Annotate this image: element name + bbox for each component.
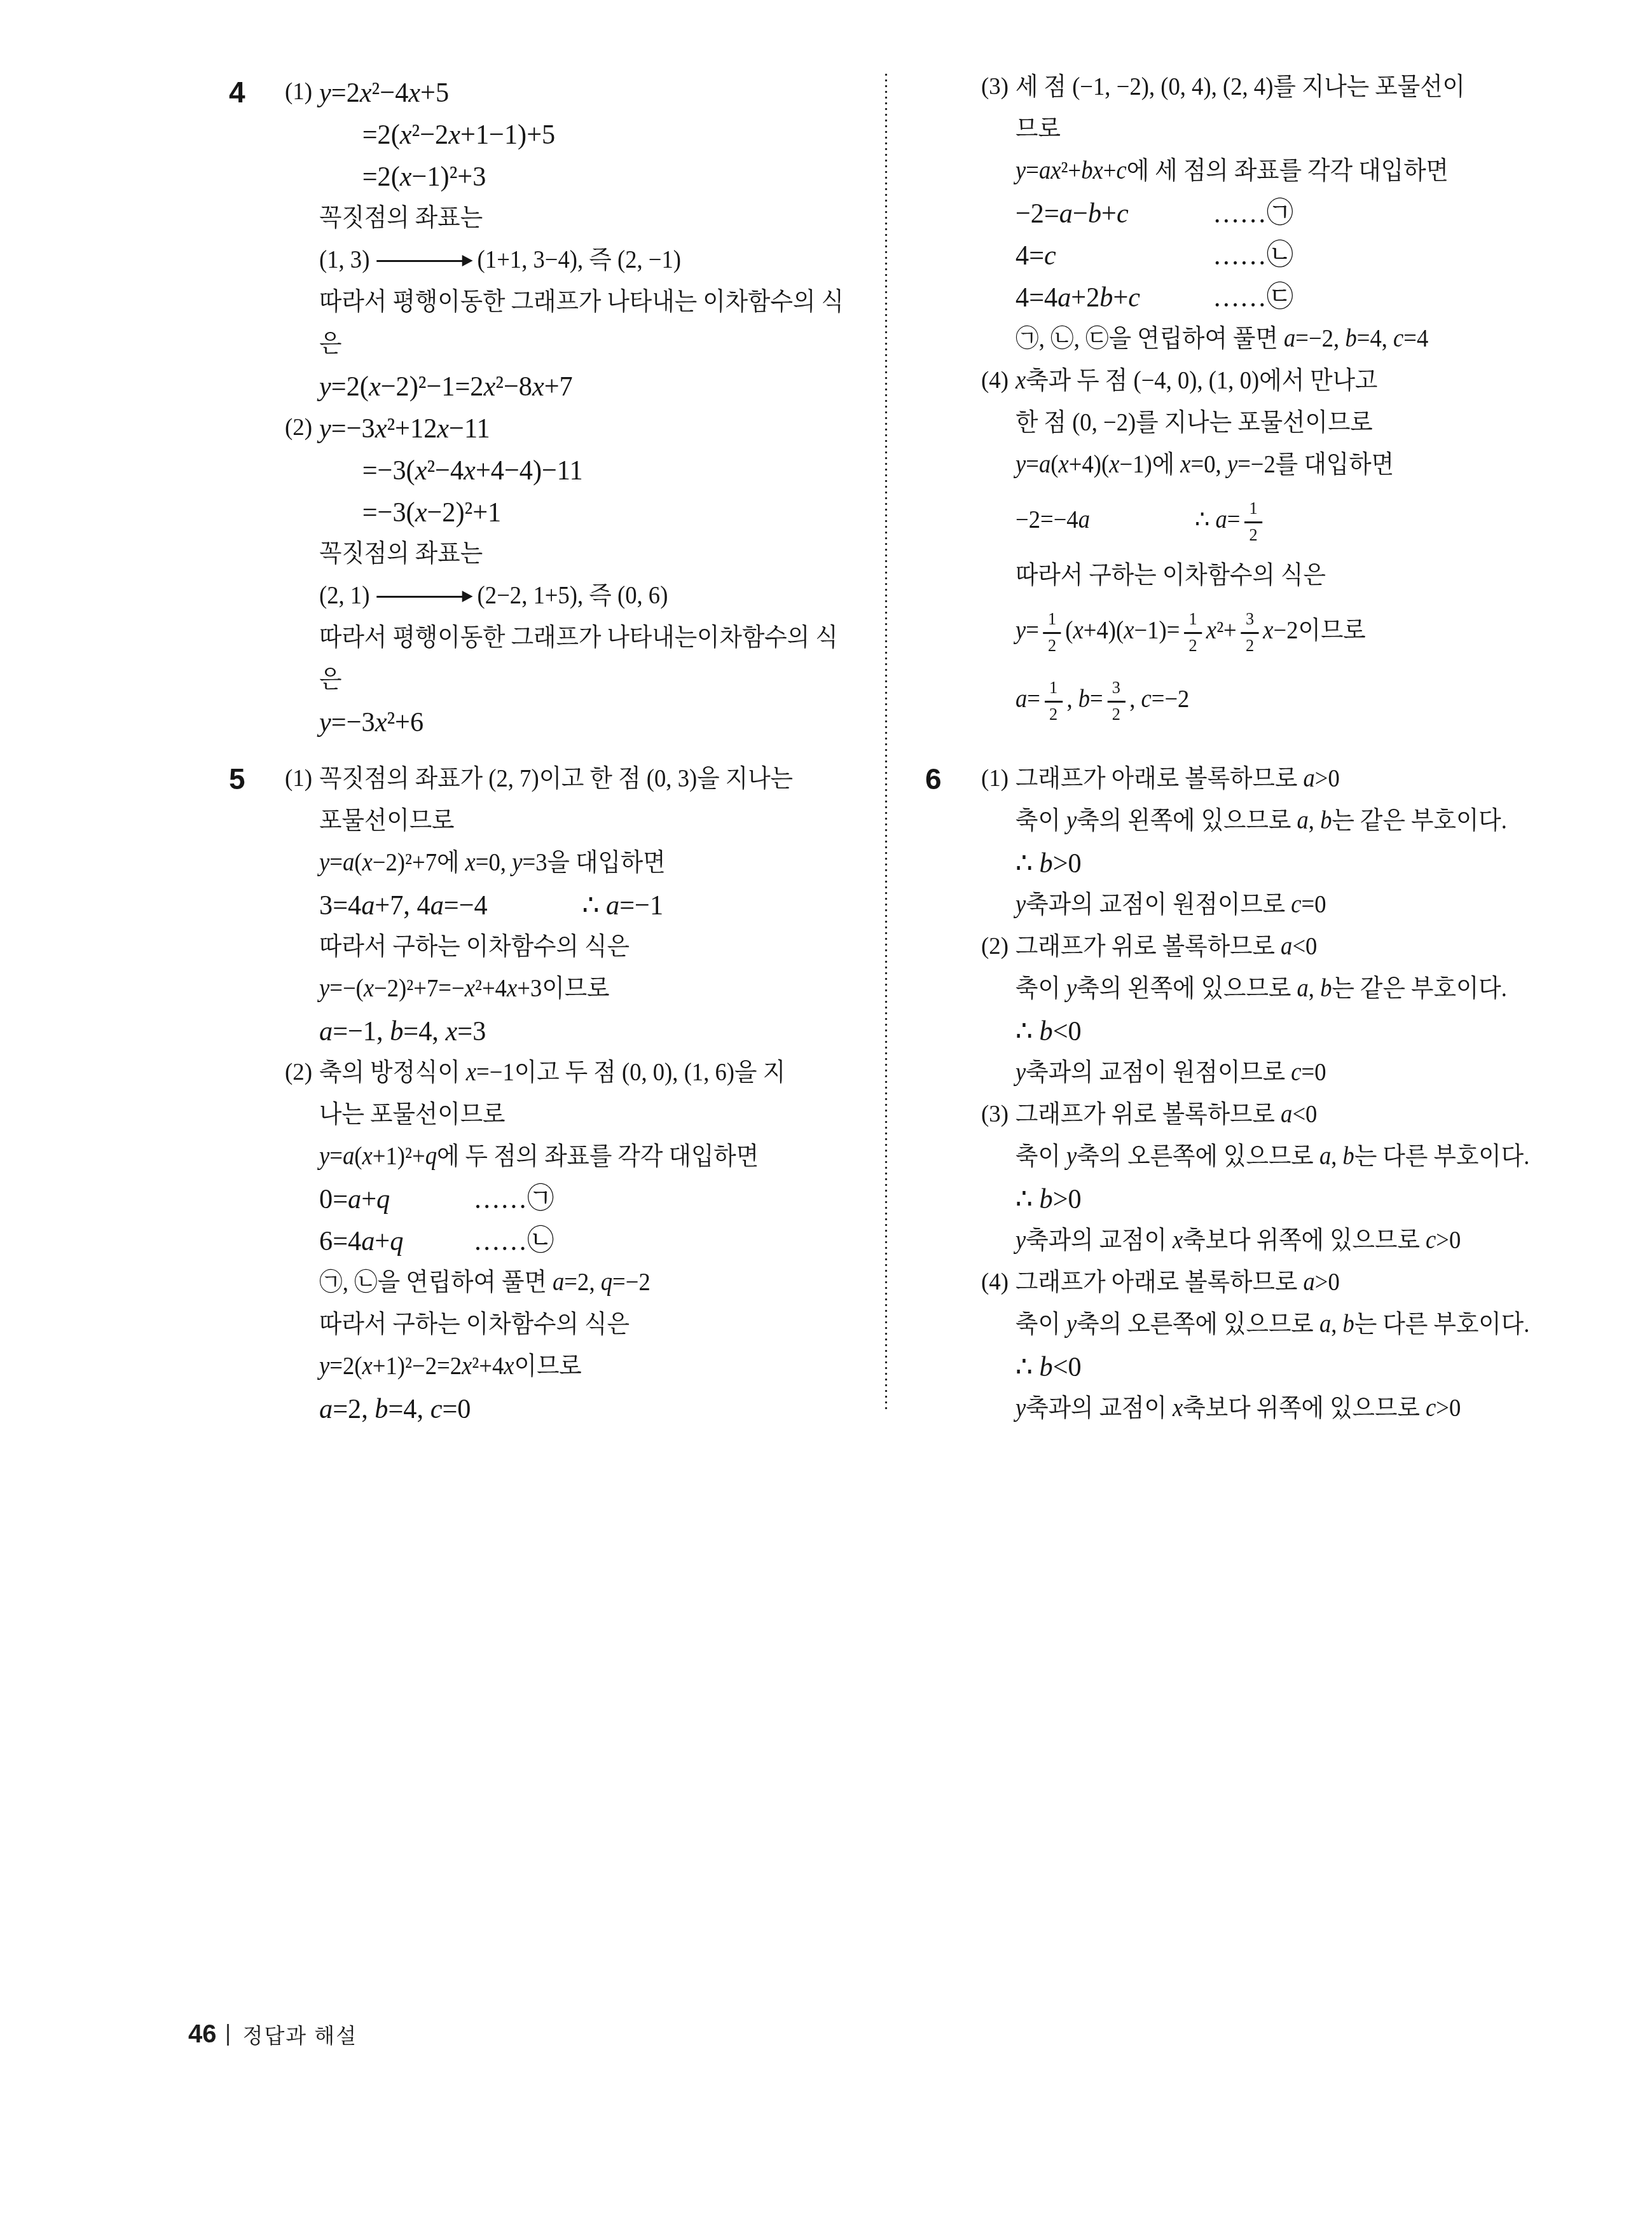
text-run: +1)²−2=2 — [373, 1352, 462, 1380]
math-variable: b — [1078, 685, 1090, 713]
solution-line: y=a(x+1)²+q에 두 점의 좌표를 각각 대입하면 — [319, 1136, 838, 1178]
text-run: 축의 왼쪽에 있으므로 — [1077, 975, 1297, 1002]
math-variable: y — [319, 975, 329, 1002]
solution-line: 꼭짓점의 좌표는 — [319, 197, 838, 239]
solution-line: 꼭짓점의 좌표가 (2, 7)이고 한 점 (0, 3)을 지나는 — [319, 758, 838, 800]
math-variable: a — [430, 889, 444, 921]
solution-line: y=a(x+4)(x−1)에 x=0, y=−2를 대입하면 — [1015, 444, 1606, 486]
text-run: ……㉢ — [1213, 281, 1293, 313]
math-variable: a — [1297, 807, 1309, 834]
text-run: , — [1331, 1143, 1342, 1170]
part-label: (3) — [981, 66, 1008, 108]
text-run: +7, 4 — [375, 889, 430, 921]
text-run: 는 다른 부호이다. — [1354, 1311, 1529, 1338]
text-run: <0 — [1292, 1101, 1317, 1128]
text-run: =0, — [476, 849, 512, 876]
math-variable: x — [462, 1352, 472, 1380]
text-run: 0= — [319, 1183, 348, 1215]
solution-line: 축이 y축의 왼쪽에 있으므로 a, b는 같은 부호이다. — [1015, 968, 1606, 1010]
solution-line: 포물선이므로 — [319, 800, 838, 842]
solution-line: ∴ b<0 — [1015, 1346, 1606, 1387]
long-right-arrow-icon — [377, 260, 464, 262]
solution-line: y=12(x+4)(x−1)=12x²+32x−2이므로 — [1015, 596, 1606, 665]
part-label: (1) — [285, 758, 312, 800]
math-variable: a — [361, 1225, 375, 1256]
text-run: − — [1073, 197, 1088, 229]
text-run: ∴ — [1195, 506, 1216, 533]
text-run: 는 같은 부호이다. — [1332, 975, 1506, 1002]
solution-line: y=2x²−4x+5 — [319, 71, 838, 113]
math-variable: x — [1180, 451, 1190, 478]
text-run: =−1이고 두 점 (0, 0), (1, 6)을 지 — [476, 1059, 785, 1086]
solution-line: y=2(x−2)²−1=2x²−8x+7 — [319, 365, 838, 407]
solution-line: 므로 — [1015, 108, 1606, 150]
math-variable: c — [1117, 197, 1129, 229]
text-run: ∴ — [1015, 847, 1039, 879]
text-run: =2( — [329, 1352, 362, 1380]
text-run: 꼭짓점의 좌표가 (2, 7)이고 한 점 (0, 3)을 지나는 — [319, 765, 793, 792]
math-variable: b — [1039, 1015, 1052, 1047]
fraction: 12 — [1043, 610, 1061, 654]
math-variable: x — [504, 1352, 514, 1380]
math-variable: x — [465, 849, 476, 876]
math-variable: x — [362, 1143, 373, 1170]
solution-line: 은 — [319, 659, 838, 701]
text-run: −2)²+1 — [427, 496, 501, 528]
text-run: 축이 — [1015, 807, 1066, 834]
solution-line: 그래프가 아래로 볼록하므로 a>0 — [1015, 1262, 1606, 1304]
math-variable: x — [375, 412, 387, 444]
solution-line: x축과 두 점 (−4, 0), (1, 0)에서 만나고 — [1015, 360, 1606, 402]
text-run: +1−1)+5 — [460, 118, 555, 150]
fraction-denominator: 2 — [1043, 632, 1061, 655]
math-variable: y — [319, 1352, 329, 1380]
math-variable: c — [1128, 281, 1140, 313]
text-run: 꼭짓점의 좌표는 — [319, 540, 483, 567]
solution-line: −2=a−b+c……㉠ — [1015, 192, 1606, 234]
text-run: =−2 — [1152, 685, 1190, 713]
math-variable: c — [1426, 1394, 1436, 1422]
text-run: +3이므로 — [517, 975, 609, 1002]
text-run: = — [1227, 506, 1241, 533]
math-variable: x — [1124, 617, 1134, 644]
text-run: 나는 포물선이므로 — [319, 1101, 505, 1128]
part-label: (4) — [981, 1262, 1008, 1304]
text-run: 축과의 교점이 원점이므로 — [1026, 1059, 1291, 1086]
text-run: +1)²+ — [373, 1143, 425, 1170]
aligned-annotation: ∴ a=−1 — [582, 884, 664, 926]
text-run: 4= — [1015, 239, 1044, 271]
page-number: 46 — [188, 2020, 217, 2049]
math-variable: a — [343, 849, 354, 876]
math-variable: a — [319, 1015, 333, 1047]
math-variable: c — [1393, 325, 1403, 352]
math-variable: x — [445, 1015, 457, 1047]
math-variable: b — [1039, 847, 1052, 879]
part-label: (1) — [981, 758, 1008, 800]
text-run: =2 — [331, 76, 360, 108]
text-run: >0 — [1053, 1183, 1082, 1215]
text-run: 축이 — [1015, 1143, 1066, 1170]
fraction-denominator: 2 — [1244, 521, 1262, 544]
text-run: ( — [354, 1143, 362, 1170]
solution-part: (1)꼭짓점의 좌표가 (2, 7)이고 한 점 (0, 3)을 지나는포물선이… — [229, 758, 871, 1052]
text-run: 포물선이므로 — [319, 807, 454, 834]
solution-line: (2, 1)(2−2, 1+5), 즉 (0, 6) — [319, 575, 838, 617]
math-variable: x — [1109, 451, 1119, 478]
text-run: >0 — [1436, 1227, 1461, 1254]
text-run: , — [1331, 1311, 1342, 1338]
aligned-annotation: ……㉡ — [1213, 234, 1293, 276]
solution-line: 한 점 (0, −2)를 지나는 포물선이므로 — [1015, 402, 1606, 444]
math-variable: a — [1303, 1269, 1314, 1296]
aligned-annotation: ……㉠ — [474, 1178, 554, 1220]
text-run: 한 점 (0, −2)를 지나는 포물선이므로 — [1015, 409, 1373, 436]
text-run: +4)( — [1084, 617, 1124, 644]
text-run: 축과 두 점 (−4, 0), (1, 0)에서 만나고 — [1026, 367, 1377, 394]
text-run: >0 — [1315, 1269, 1340, 1296]
math-variable: x — [1173, 1227, 1183, 1254]
math-variable: a — [1297, 975, 1309, 1002]
text-run: =−1, — [333, 1015, 390, 1047]
text-run: 4=4 — [1015, 281, 1057, 313]
problem-4-solution: 4(1)y=2x²−4x+5=2(x²−2x+1−1)+5=2(x−1)²+3꼭… — [229, 71, 871, 743]
solution-line: 축이 y축의 왼쪽에 있으므로 a, b는 같은 부호이다. — [1015, 800, 1606, 842]
text-run: ²−8 — [495, 370, 532, 402]
text-run: 므로 — [1015, 115, 1061, 142]
solution-line: 따라서 평행이동한 그래프가 나타내는이차함수의 식 — [319, 617, 838, 659]
text-run: =0 — [442, 1393, 471, 1424]
part-label: (3) — [981, 1094, 1008, 1136]
text-run: =−4 — [444, 889, 488, 921]
math-variable: a — [1216, 506, 1227, 533]
fraction-denominator: 2 — [1241, 632, 1258, 655]
math-variable: a — [1284, 325, 1295, 352]
text-run: = — [1027, 685, 1040, 713]
solution-part: (2)축의 방정식이 x=−1이고 두 점 (0, 0), (1, 6)을 지나… — [229, 1052, 871, 1429]
math-variable: x — [507, 975, 517, 1002]
text-run: ∴ — [1015, 1351, 1039, 1382]
math-variable: a — [1059, 197, 1073, 229]
math-variable: y — [1227, 451, 1237, 478]
solution-line: ∴ b<0 — [1015, 1010, 1606, 1052]
aligned-annotation: ∴ a=12 — [1195, 486, 1267, 554]
text-run: ²+12 — [387, 412, 437, 444]
solution-line: y=−(x−2)²+7=−x²+4x+3이므로 — [319, 968, 838, 1010]
text-run: 에 세 점의 좌표를 각각 대입하면 — [1127, 157, 1449, 184]
fraction-numerator: 1 — [1045, 679, 1063, 700]
math-variable: b — [1320, 807, 1332, 834]
math-variable: q — [376, 1183, 390, 1215]
math-variable: c — [1141, 685, 1151, 713]
solution-line: a=2, b=4, c=0 — [319, 1387, 838, 1429]
solution-line: 축이 y축의 오른쪽에 있으므로 a, b는 다른 부호이다. — [1015, 1136, 1606, 1178]
text-run: >0 — [1053, 847, 1082, 879]
math-variable: x — [448, 118, 460, 150]
solution-line: =−3(x−2)²+1 — [319, 491, 838, 533]
fraction-numerator: 1 — [1043, 610, 1061, 631]
text-run: , — [1129, 685, 1141, 713]
text-run: =2( — [362, 160, 400, 192]
part-label: (2) — [981, 926, 1008, 968]
solution-line: 0=a+q……㉠ — [319, 1178, 838, 1220]
math-variable: y — [1066, 975, 1077, 1002]
solution-line: 6=4a+q……㉡ — [319, 1220, 838, 1262]
text-run: 축과의 교점이 — [1026, 1394, 1173, 1422]
text-run: 축의 오른쪽에 있으므로 — [1077, 1311, 1319, 1338]
math-variable: y — [319, 706, 331, 738]
math-variable: b — [1099, 281, 1113, 313]
solution-lines: 꼭짓점의 좌표가 (2, 7)이고 한 점 (0, 3)을 지나는포물선이므로y… — [319, 758, 871, 1052]
math-variable: x — [483, 370, 495, 402]
text-run: =−2를 대입하면 — [1237, 451, 1394, 478]
text-run: −1)에 — [1119, 451, 1180, 478]
fraction: 12 — [1244, 500, 1262, 544]
text-run: 그래프가 위로 볼록하므로 — [1015, 1101, 1281, 1128]
text-run: −2=−4 — [1015, 506, 1078, 533]
text-run: +4−4)−11 — [476, 454, 583, 486]
math-variable: a — [1303, 765, 1314, 792]
text-run: =−3( — [362, 454, 415, 486]
long-right-arrow-icon — [377, 596, 464, 598]
text-run: =2, — [333, 1393, 375, 1424]
text-run: , — [1309, 975, 1320, 1002]
solution-lines: 그래프가 아래로 볼록하므로 a>0축이 y축의 오른쪽에 있으므로 a, b는… — [1015, 1262, 1644, 1429]
text-run: 따라서 평행이동한 그래프가 나타내는 이차함수의 식 — [319, 288, 844, 315]
math-variable: a — [348, 1183, 361, 1215]
text-run: ……㉠ — [1213, 197, 1293, 229]
text-run: ㉠, ㉡을 연립하여 풀면 — [319, 1269, 553, 1296]
solution-line: y축과의 교점이 x축보다 위쪽에 있으므로 c>0 — [1015, 1387, 1606, 1429]
math-variable: x — [532, 370, 544, 402]
solution-line: 축이 y축의 오른쪽에 있으므로 a, b는 다른 부호이다. — [1015, 1304, 1606, 1346]
text-run: 축과의 교점이 원점이므로 — [1026, 891, 1291, 918]
page-footer: 46 정답과 해설 — [188, 2020, 357, 2049]
solution-line: 축의 방정식이 x=−1이고 두 점 (0, 0), (1, 6)을 지 — [319, 1052, 838, 1094]
problem-5-solution: 5(1)꼭짓점의 좌표가 (2, 7)이고 한 점 (0, 3)을 지나는포물선… — [229, 758, 871, 1429]
text-run: >0 — [1315, 765, 1340, 792]
text-run: ²+ — [1216, 617, 1237, 644]
math-variable: x — [466, 1059, 476, 1086]
part-label: (4) — [981, 360, 1008, 402]
problem-5-solution-continued: (3)세 점 (−1, −2), (0, 4), (2, 4)를 지나는 포물선… — [925, 66, 1644, 734]
math-variable: a — [553, 1269, 564, 1296]
column-divider-dotted-line — [885, 74, 887, 1409]
text-run: + — [1101, 197, 1117, 229]
text-run: =−3 — [331, 412, 375, 444]
text-run: 따라서 구하는 이차함수의 식은 — [319, 933, 630, 960]
math-variable: b — [1088, 197, 1101, 229]
text-run: 이므로 — [514, 1352, 582, 1380]
math-variable: x — [1263, 617, 1273, 644]
text-run: −2이므로 — [1273, 617, 1365, 644]
part-label: (2) — [285, 407, 312, 449]
math-variable: c — [1291, 891, 1301, 918]
math-variable: a — [1078, 506, 1090, 533]
math-variable: x — [400, 160, 412, 192]
text-run: >0 — [1436, 1394, 1461, 1422]
text-run: =2( — [362, 118, 400, 150]
math-variable: ax — [1039, 157, 1061, 184]
text-run: =3 — [457, 1015, 486, 1047]
text-run: 그래프가 위로 볼록하므로 — [1015, 933, 1281, 960]
text-run: ²−4 — [372, 76, 409, 108]
solution-lines: 그래프가 위로 볼록하므로 a<0축이 y축의 왼쪽에 있으므로 a, b는 같… — [1015, 926, 1644, 1094]
text-run: 꼭짓점의 좌표는 — [319, 204, 483, 231]
math-variable: q — [601, 1269, 612, 1296]
text-run: −2= — [1015, 197, 1059, 229]
solution-lines: 세 점 (−1, −2), (0, 4), (2, 4)를 지나는 포물선이므로… — [1015, 66, 1644, 360]
text-run: −1)²+3 — [412, 160, 486, 192]
text-run: <0 — [1053, 1351, 1082, 1382]
solution-line: 3=4a+7, 4a=−4∴ a=−1 — [319, 884, 838, 926]
text-run: + — [1113, 281, 1128, 313]
text-run: , — [1066, 685, 1078, 713]
math-variable: b — [1343, 1143, 1354, 1170]
solution-line: ㉠, ㉡, ㉢을 연립하여 풀면 a=−2, b=4, c=4 — [1015, 318, 1606, 360]
text-run: <0 — [1053, 1015, 1082, 1047]
solution-lines: 그래프가 아래로 볼록하므로 a>0축이 y축의 왼쪽에 있으므로 a, b는 … — [1015, 758, 1644, 926]
math-variable: x — [360, 76, 372, 108]
solution-line: 4=c……㉡ — [1015, 234, 1606, 276]
text-run: 6=4 — [319, 1225, 361, 1256]
fraction-numerator: 1 — [1184, 610, 1202, 631]
math-variable: x — [375, 706, 387, 738]
text-run: + — [361, 1183, 376, 1215]
solution-line: y축과의 교점이 x축보다 위쪽에 있으므로 c>0 — [1015, 1220, 1606, 1262]
solution-part: (2)그래프가 위로 볼록하므로 a<0축이 y축의 왼쪽에 있으므로 a, b… — [925, 926, 1644, 1094]
problem-6-solution: 6(1)그래프가 아래로 볼록하므로 a>0축이 y축의 왼쪽에 있으므로 a,… — [925, 758, 1644, 1429]
solution-part: (4)그래프가 아래로 볼록하므로 a>0축이 y축의 오른쪽에 있으므로 a,… — [925, 1262, 1644, 1429]
math-variable: x — [369, 370, 381, 402]
math-variable: y — [1015, 1394, 1026, 1422]
math-variable: x — [400, 118, 412, 150]
math-variable: y — [512, 849, 522, 876]
solution-lines: 축의 방정식이 x=−1이고 두 점 (0, 0), (1, 6)을 지나는 포… — [319, 1052, 871, 1429]
text-run: 축이 — [1015, 1311, 1066, 1338]
math-variable: q — [390, 1225, 403, 1256]
text-run: 축과의 교점이 — [1026, 1227, 1173, 1254]
math-variable: x — [1015, 367, 1026, 394]
text-run: =2( — [331, 370, 369, 402]
math-variable: x — [437, 412, 449, 444]
fraction-numerator: 3 — [1241, 610, 1258, 631]
text-run: =0, — [1191, 451, 1227, 478]
text-run: ²+4 — [472, 1352, 504, 1380]
math-variable: y — [319, 412, 331, 444]
solution-line: 세 점 (−1, −2), (0, 4), (2, 4)를 지나는 포물선이 — [1015, 66, 1606, 108]
math-variable: q — [425, 1143, 437, 1170]
math-variable: b — [1345, 325, 1356, 352]
solution-line: −2=−4a∴ a=12 — [1015, 486, 1606, 554]
math-variable: c — [1426, 1227, 1436, 1254]
solution-part: (4)x축과 두 점 (−4, 0), (1, 0)에서 만나고한 점 (0, … — [925, 360, 1644, 734]
text-run: =0 — [1302, 891, 1326, 918]
footer-divider-bar — [227, 2024, 229, 2046]
solution-line: y=2(x+1)²−2=2x²+4x이므로 — [319, 1346, 838, 1387]
text-run: 따라서 구하는 이차함수의 식은 — [1015, 561, 1326, 589]
footer-section-title: 정답과 해설 — [243, 2020, 358, 2049]
solution-line: (1, 3)(1+1, 3−4), 즉 (2, −1) — [319, 239, 838, 281]
text-run: 은 — [319, 666, 341, 693]
text-run: 축의 방정식이 — [319, 1059, 466, 1086]
aligned-annotation: ……㉠ — [1213, 192, 1293, 234]
text-run: =−3( — [362, 496, 415, 528]
text-run: −1)= — [1134, 617, 1180, 644]
text-run: ²−4 — [427, 454, 464, 486]
solution-line: y=−3x²+6 — [319, 701, 838, 743]
solution-line: 따라서 구하는 이차함수의 식은 — [319, 1304, 838, 1346]
text-run: (1, 3) — [319, 246, 369, 273]
text-run: −2)²−1=2 — [381, 370, 484, 402]
math-variable: y — [1015, 157, 1026, 184]
text-run: ( — [1065, 617, 1073, 644]
aligned-annotation: ……㉢ — [1213, 276, 1293, 318]
math-variable: x — [362, 1352, 372, 1380]
text-run: ∴ — [1015, 1015, 1039, 1047]
math-variable: bx — [1081, 157, 1103, 184]
math-variable: y — [1015, 451, 1026, 478]
math-variable: y — [1066, 807, 1077, 834]
math-variable: x — [465, 975, 475, 1002]
solution-line: =2(x²−2x+1−1)+5 — [319, 113, 838, 155]
text-run: 에 두 점의 좌표를 각각 대입하면 — [437, 1143, 759, 1170]
text-run: 축이 — [1015, 975, 1066, 1002]
solution-part: (3)세 점 (−1, −2), (0, 4), (2, 4)를 지나는 포물선… — [925, 66, 1644, 360]
solution-line: y축과의 교점이 원점이므로 c=0 — [1015, 1052, 1606, 1094]
text-run: <0 — [1292, 933, 1317, 960]
solution-line: y=−3x²+12x−11 — [319, 407, 838, 449]
solution-part: (1)y=2x²−4x+5=2(x²−2x+1−1)+5=2(x−1)²+3꼭짓… — [229, 71, 871, 407]
text-run: 축보다 위쪽에 있으므로 — [1183, 1394, 1426, 1422]
text-run: ²+4 — [475, 975, 507, 1002]
math-variable: x — [1059, 451, 1069, 478]
solution-line: =−3(x²−4x+4−4)−11 — [319, 449, 838, 491]
text-run: =−1 — [619, 889, 663, 921]
solution-line: a=12, b=32, c=−2 — [1015, 665, 1606, 734]
text-run: ( — [354, 849, 362, 876]
solution-line: ∴ b>0 — [1015, 1178, 1606, 1220]
text-run: =4, — [388, 1393, 430, 1424]
math-variable: c — [1117, 157, 1127, 184]
text-run: ……㉡ — [474, 1225, 554, 1256]
text-run: =0 — [1302, 1059, 1326, 1086]
text-run: + — [375, 1225, 390, 1256]
math-variable: c — [430, 1393, 443, 1424]
math-variable: b — [1039, 1183, 1052, 1215]
text-run: ㉠, ㉡, ㉢을 연립하여 풀면 — [1015, 325, 1284, 352]
text-run: = — [1026, 617, 1039, 644]
math-variable: x — [408, 76, 420, 108]
text-run: −2)²+7=− — [374, 975, 465, 1002]
math-variable: x — [464, 454, 476, 486]
text-run: 는 다른 부호이다. — [1354, 1143, 1529, 1170]
text-run: +2 — [1071, 281, 1099, 313]
math-variable: y — [319, 76, 331, 108]
text-run: =3을 대입하면 — [522, 849, 665, 876]
solution-line: 따라서 구하는 이차함수의 식은 — [319, 926, 838, 968]
math-variable: a — [1057, 281, 1071, 313]
math-variable: y — [319, 1143, 329, 1170]
math-variable: x — [415, 496, 427, 528]
math-variable: a — [1281, 1101, 1292, 1128]
solution-line: a=−1, b=4, x=3 — [319, 1010, 838, 1052]
math-variable: b — [390, 1015, 403, 1047]
math-variable: b — [1343, 1311, 1354, 1338]
fraction-numerator: 3 — [1107, 679, 1125, 700]
solution-lines: 그래프가 위로 볼록하므로 a<0축이 y축의 오른쪽에 있으므로 a, b는 … — [1015, 1094, 1644, 1262]
solution-line: y=a(x−2)²+7에 x=0, y=3을 대입하면 — [319, 842, 838, 884]
